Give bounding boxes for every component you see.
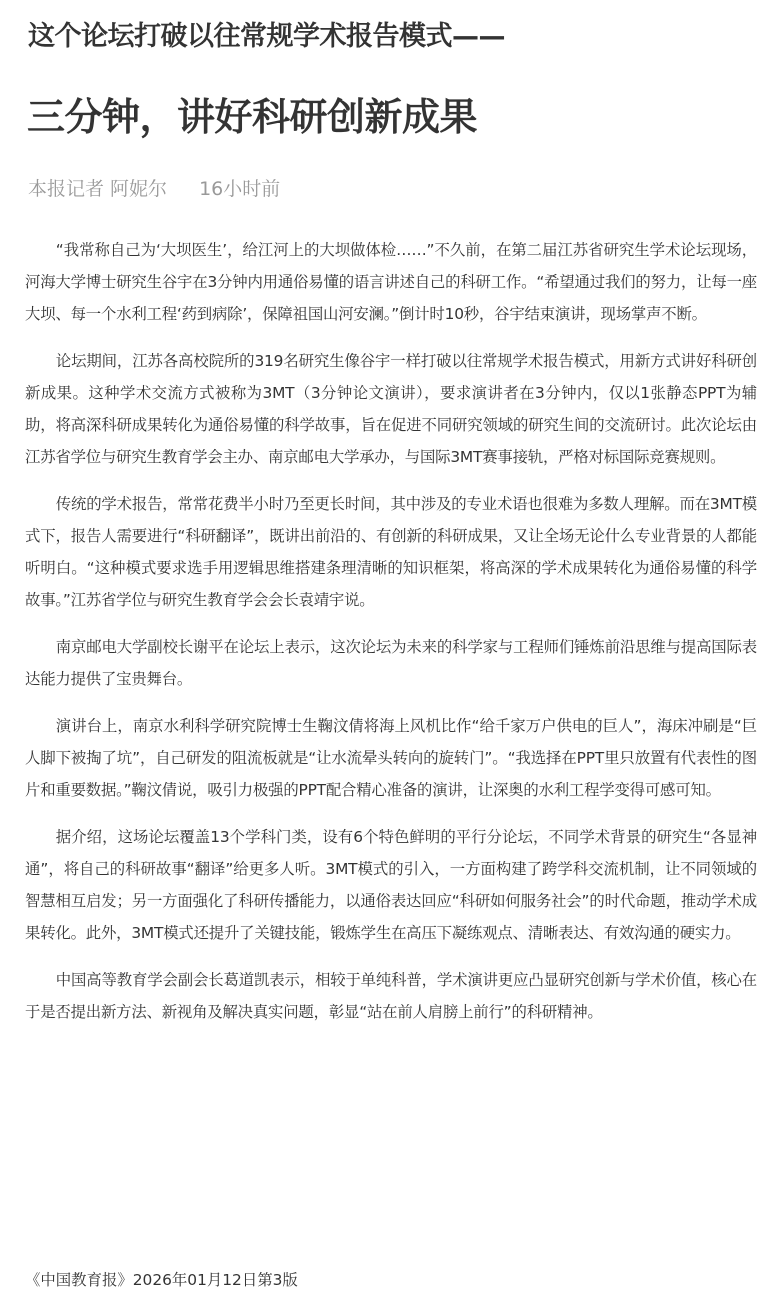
paragraph: “我常称自己为‘大坝医生’，给江河上的大坝做体检……”不久前，在第二届江苏省研究… bbox=[25, 234, 757, 330]
article-kicker: 这个论坛打破以往常规学术报告模式—— bbox=[28, 14, 505, 53]
paragraph: 传统的学术报告，常常花费半小时乃至更长时间，其中涉及的专业术语也很难为多数人理解… bbox=[25, 488, 757, 616]
article-headline: 三分钟，讲好科研创新成果 bbox=[27, 86, 477, 141]
article-source: 《中国教育报》2026年01月12日第3版 bbox=[25, 1264, 298, 1296]
paragraph: 论坛期间，江苏各高校院所的319名研究生像谷宇一样打破以往常规学术报告模式，用新… bbox=[25, 345, 757, 473]
article-body: “我常称自己为‘大坝医生’，给江河上的大坝做体检……”不久前，在第二届江苏省研究… bbox=[25, 234, 757, 1043]
paragraph: 中国高等教育学会副会长葛道凯表示，相较于单纯科普，学术演讲更应凸显研究创新与学术… bbox=[25, 964, 757, 1028]
byline: 本报记者 阿妮尔 16小时前 bbox=[28, 174, 280, 201]
byline-author: 本报记者 阿妮尔 bbox=[28, 178, 167, 200]
paragraph: 据介绍，这场论坛覆盖13个学科门类，设有6个特色鲜明的平行分论坛，不同学术背景的… bbox=[25, 821, 757, 949]
paragraph: 演讲台上，南京水利科学研究院博士生鞠汶倩将海上风机比作“给千家万户供电的巨人”，… bbox=[25, 710, 757, 806]
byline-time: 16小时前 bbox=[199, 178, 280, 200]
paragraph: 南京邮电大学副校长谢平在论坛上表示，这次论坛为未来的科学家与工程师们锤炼前沿思维… bbox=[25, 631, 757, 695]
